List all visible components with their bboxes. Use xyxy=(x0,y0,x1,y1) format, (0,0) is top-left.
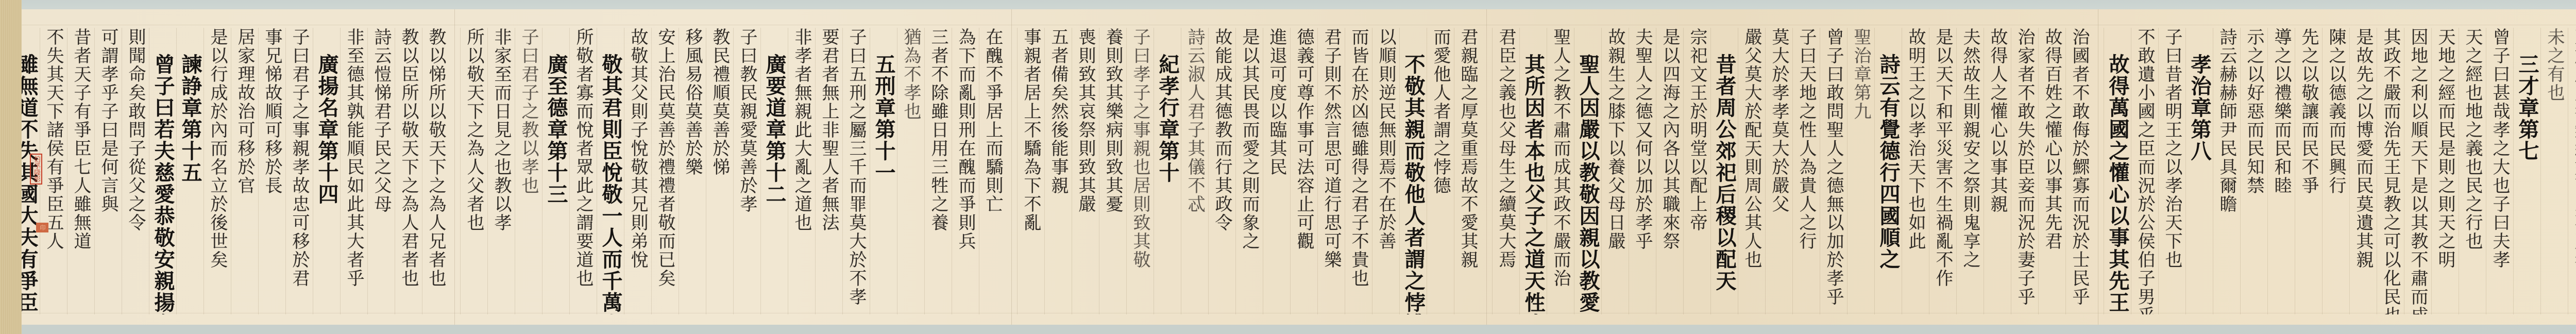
text-column: 事兄悌故順可移於長 xyxy=(258,28,285,314)
text-column: 所敬者寡而悅者眾此之謂要道也 xyxy=(569,28,597,314)
handscroll: 開宗明義章第一仲尼居曾子侍子曰先王有至德要道以順天下民用和睦上下無怨汝知之乎曾子… xyxy=(0,0,2576,334)
text-column: 是以行成於內而名立於後世矣 xyxy=(204,28,231,314)
text-column: 故能成其德教而行其政令 xyxy=(1208,28,1235,314)
chapter-heading-column: 不敬其親而敬他人者謂之悖禮 xyxy=(1399,28,1427,314)
text-column: 三者不除雖日用三牲之養 xyxy=(924,28,952,314)
text-column: 聖治章第九 xyxy=(1847,28,1874,314)
text-column: 因地之利以順天下是以其教不肅而成 xyxy=(2404,28,2431,314)
text-column: 教以悌所以敬天下之為人兄者也 xyxy=(422,28,449,314)
text-column: 為下而亂則刑在醜而爭則兵 xyxy=(952,28,979,314)
text-column: 子曰君子之教以孝也 xyxy=(515,28,542,314)
text-column: 要君者無上非聖人者無法 xyxy=(815,28,842,314)
chapter-heading-column: 昔者周公郊祀后稷以配天 xyxy=(1710,28,1738,314)
text-column: 未之有也 xyxy=(2540,28,2568,314)
text-column: 嚴父莫大於配天則周公其人也 xyxy=(1738,28,1765,314)
text-column: 子曰孝子之事親也居則致其敬 xyxy=(1126,28,1154,314)
text-column: 曾子曰甚哉孝之大也子曰夫孝 xyxy=(2486,28,2513,314)
text-column: 五者備矣然後能事親 xyxy=(1044,28,1072,314)
text-column: 治家者不敢失於臣妾而況於妻子乎 xyxy=(2011,28,2038,314)
text-column: 非家至而日見之也教以孝 xyxy=(487,28,515,314)
text-column: 事親者居上不驕為下不亂 xyxy=(1017,28,1044,314)
scroll-panel: 君親臨之厚莫重焉故不愛其親而愛他人者謂之悖德不敬其親而敬他人者謂之悖禮以順則逆民… xyxy=(1011,9,1486,325)
text-column: 在醜不爭居上而驕則亡 xyxy=(979,28,1006,314)
text-column: 安上治民莫善於禮禮者敬而已矣 xyxy=(651,28,679,314)
chapter-heading-column: 廣揚名章第十四 xyxy=(313,28,340,314)
chapter-heading-column: 孝治章第八 xyxy=(2185,28,2213,314)
text-column: 非孝者無親此大亂之道也 xyxy=(788,28,815,314)
text-column: 子曰君子之事親孝故忠可移於君 xyxy=(285,28,313,314)
text-column: 則聞命矣敢問子從父之令 xyxy=(122,28,149,314)
text-column: 不敢遺小國之臣而況於公侯伯子男乎 xyxy=(2131,28,2158,314)
text-column: 至於庶人孝無終始而患不及者 xyxy=(2568,28,2576,314)
text-column: 子曰教民親愛莫善於孝 xyxy=(733,28,760,314)
text-column: 是以天下和平災害不生禍亂不作 xyxy=(1929,28,1956,314)
chapter-heading-column: 其所因者本也父子之道天性也 xyxy=(1519,28,1547,314)
text-column: 是故先之以博愛而民莫遺其親 xyxy=(2349,28,2377,314)
text-column: 子曰五刑之屬三千而罪莫大於不孝 xyxy=(842,28,870,314)
text-column: 曾子曰敢問聖人之德無以加於孝乎 xyxy=(1820,28,1847,314)
text-column: 猶為不孝也 xyxy=(897,28,924,314)
scroll-panel: 教以悌所以敬天下之為人兄者也教以臣所以敬天下之為人君者也詩云愷悌君子民之父母非至… xyxy=(22,9,454,325)
text-column: 君子則不然言思可道行思可樂 xyxy=(1317,28,1345,314)
text-column: 夫聖人之德又何以加於孝乎 xyxy=(1629,28,1656,314)
text-column: 故得百姓之懽心以事其先君 xyxy=(2038,28,2065,314)
scroll-panel: 治國者不敢侮於鰥寡而況於士民乎故得百姓之懽心以事其先君治家者不敢失於臣妾而況於妻… xyxy=(1486,9,2098,325)
text-column: 昔者天子有爭臣七人雖無道 xyxy=(67,28,94,314)
text-column: 德義可尊作事可法容止可觀 xyxy=(1290,28,1317,314)
text-column: 子曰天地之性人為貴人之行 xyxy=(1792,28,1820,314)
text-column: 以順則逆民無則焉不在於善 xyxy=(1372,28,1399,314)
text-column: 教以臣所以敬天下之為人君者也 xyxy=(395,28,422,314)
chapter-heading-column: 詩云有覺德行四國順之 xyxy=(1874,28,1902,314)
chapter-heading-column: 敬其君則臣悅敬一人而千萬人悅 xyxy=(597,28,624,314)
mount-left-edge xyxy=(0,0,22,334)
text-column: 詩云愷悌君子民之父母 xyxy=(367,28,395,314)
chapter-heading-column: 諫諍章第十五 xyxy=(176,28,204,314)
text-column: 君親臨之厚莫重焉故不愛其親 xyxy=(1454,28,1481,314)
text-column: 陳之以德義而民興行 xyxy=(2322,28,2349,314)
chapter-heading-column: 廣要道章第十二 xyxy=(760,28,788,314)
text-column: 不失其天下諸侯有爭臣五人 xyxy=(40,28,67,314)
chapter-heading-column: 五刑章第十一 xyxy=(870,28,897,314)
text-column: 天地之經而民是則之則天之明 xyxy=(2431,28,2459,314)
text-column: 是以四海之內各以其職來祭 xyxy=(1656,28,1683,314)
text-column: 莫大於孝孝莫大於嚴父 xyxy=(1765,28,1792,314)
seal-small-left: 印 xyxy=(36,223,48,232)
text-column: 非至德其孰能順民如此其大者乎 xyxy=(340,28,367,314)
text-column: 移風易俗莫善於樂 xyxy=(679,28,706,314)
chapter-heading-column: 紀孝行章第十 xyxy=(1154,28,1181,314)
text-column: 天之經也地之義也民之行也 xyxy=(2459,28,2486,314)
text-column: 導之以禮樂而民和睦 xyxy=(2267,28,2295,314)
text-column: 治國者不敢侮於鰥寡而況於士民乎 xyxy=(2065,28,2093,314)
text-column: 故親生之膝下以養父母日嚴 xyxy=(1601,28,1629,314)
text-column: 先之以敬讓而民不爭 xyxy=(2295,28,2322,314)
chapter-heading-column: 曾子曰若夫慈愛恭敬安親揚名 xyxy=(149,28,176,314)
text-column: 是以其民畏而愛之則而象之 xyxy=(1235,28,1263,314)
text-column: 喪則致其哀祭則致其嚴 xyxy=(1072,28,1099,314)
text-column: 故敬其父則子悅敬其兄則弟悅 xyxy=(624,28,651,314)
text-column: 居家理故治可移於官 xyxy=(231,28,258,314)
text-column: 詩云淑人君子其儀不忒 xyxy=(1181,28,1208,314)
text-column: 而皆在於凶德雖得之君子不貴也 xyxy=(1345,28,1372,314)
text-column: 其政不嚴而治先王見教之可以化民也 xyxy=(2377,28,2404,314)
text-column: 君臣之義也父母生之續莫大焉 xyxy=(1492,28,1519,314)
text-column: 可謂孝乎子曰是何言與 xyxy=(94,28,122,314)
scroll-panel: 忠順不失以事其上然後能保其祿位而守其祭祀蓋士之孝也詩云夙興夜寐無忝爾所生庶人章第… xyxy=(2098,9,2576,325)
chapter-heading-column: 聖人因嚴以教敬因親以教愛 xyxy=(1574,28,1601,314)
text-column: 而愛他人者謂之悖德 xyxy=(1427,28,1454,314)
text-column: 養則致其樂病則致其憂 xyxy=(1099,28,1126,314)
scroll-paper: 開宗明義章第一仲尼居曾子侍子曰先王有至德要道以順天下民用和睦上下無怨汝知之乎曾子… xyxy=(22,9,2576,325)
chapter-heading-column: 故得萬國之懽心以事其先王 xyxy=(2104,28,2131,314)
text-column: 所以敬天下之為人父者也 xyxy=(460,28,487,314)
chapter-heading-column: 三才章第七 xyxy=(2513,28,2540,314)
text-column: 子曰昔者明王之以孝治天下也 xyxy=(2158,28,2185,314)
text-column: 夫然故生則親安之祭則鬼享之 xyxy=(1956,28,1984,314)
text-column: 聖人之教不肅而成其政不嚴而治 xyxy=(1547,28,1574,314)
text-column: 示之以好惡而民知禁 xyxy=(2240,28,2267,314)
text-column: 宗祀文王於明堂以配上帝 xyxy=(1683,28,1710,314)
scroll-panel: 在醜不爭居上而驕則亡為下而亂則刑在醜而爭則兵三者不除雖日用三牲之養猶為不孝也五刑… xyxy=(454,9,1011,325)
text-column: 詩云赫赫師尹民具爾瞻 xyxy=(2213,28,2240,314)
seal-collector-left: 伯孚隆影 xyxy=(30,154,42,185)
text-column: 教民禮順莫善於悌 xyxy=(706,28,733,314)
chapter-heading-column: 廣至德章第十三 xyxy=(542,28,569,314)
text-column: 進退可度以臨其民 xyxy=(1263,28,1290,314)
text-column: 故明王之以孝治天下也如此 xyxy=(1902,28,1929,314)
text-column: 故得人之懽心以事其親 xyxy=(1984,28,2011,314)
